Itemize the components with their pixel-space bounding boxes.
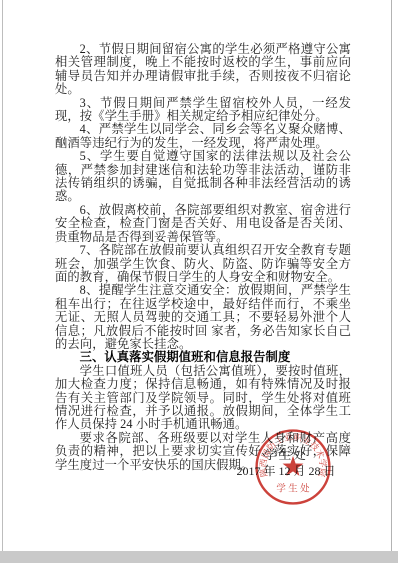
scan-bottom-shadow: [0, 551, 398, 563]
signature-date: 2017 年 12 月 28 日: [224, 464, 348, 478]
signature-unit: 学生处: [224, 448, 348, 462]
page-left-edge: [2, 0, 3, 551]
scanned-document-page: 2、节假日期间留宿公寓的学生必须严格遵守公寓相关管理制度，晚上不能按时返校的学生…: [0, 0, 398, 563]
page-right-edge: [391, 0, 392, 551]
paragraph-2: 2、节假日期间留宿公寓的学生必须严格遵守公寓相关管理制度，晚上不能按时返校的学生…: [55, 43, 351, 97]
paragraph-8: 8、提醒学生注意交通安全：放假期间，严禁学生租车出行；在往返学校途中，最好结伴而…: [55, 284, 351, 351]
section-heading: 三、认真落实假期值班和信息报告制度: [55, 351, 351, 364]
paragraph-5: 5、学生要自觉遵守国家的法律法规以及社会公德，严禁参加封建迷信和法轮功等非法活动…: [55, 150, 351, 204]
seal-bottom-text: 学 生 处: [276, 483, 310, 495]
paragraph-4: 4、严禁学生以同学会、同乡会等名义聚众赌博、酗酒等违纪行为的发生，一经发现，将严…: [55, 123, 351, 150]
paragraph-duty: 学生口值班人员（包括公寓值班），要按时值班，加大检查力度；保持信息畅通，如有特殊…: [55, 365, 351, 432]
paragraph-6: 6、放假离校前，各院部要组织对教室、宿舍进行安全检查，检查门窗是否关好、用电设备…: [55, 204, 351, 244]
signature-block: 学生处 2017 年 12 月 28 日: [224, 448, 348, 478]
paragraph-3: 3、节假日期间严禁学生留宿校外人员，一经发现，按《学生手册》相关规定给予相应纪律…: [55, 97, 351, 124]
document-body: 2、节假日期间留宿公寓的学生必须严格遵守公寓相关管理制度，晚上不能按时返校的学生…: [55, 43, 351, 472]
paragraph-7: 7、各院部在放假前要认真组织召开安全教育专题班会，加强学生饮食、防火、防盗、防诈…: [55, 244, 351, 284]
